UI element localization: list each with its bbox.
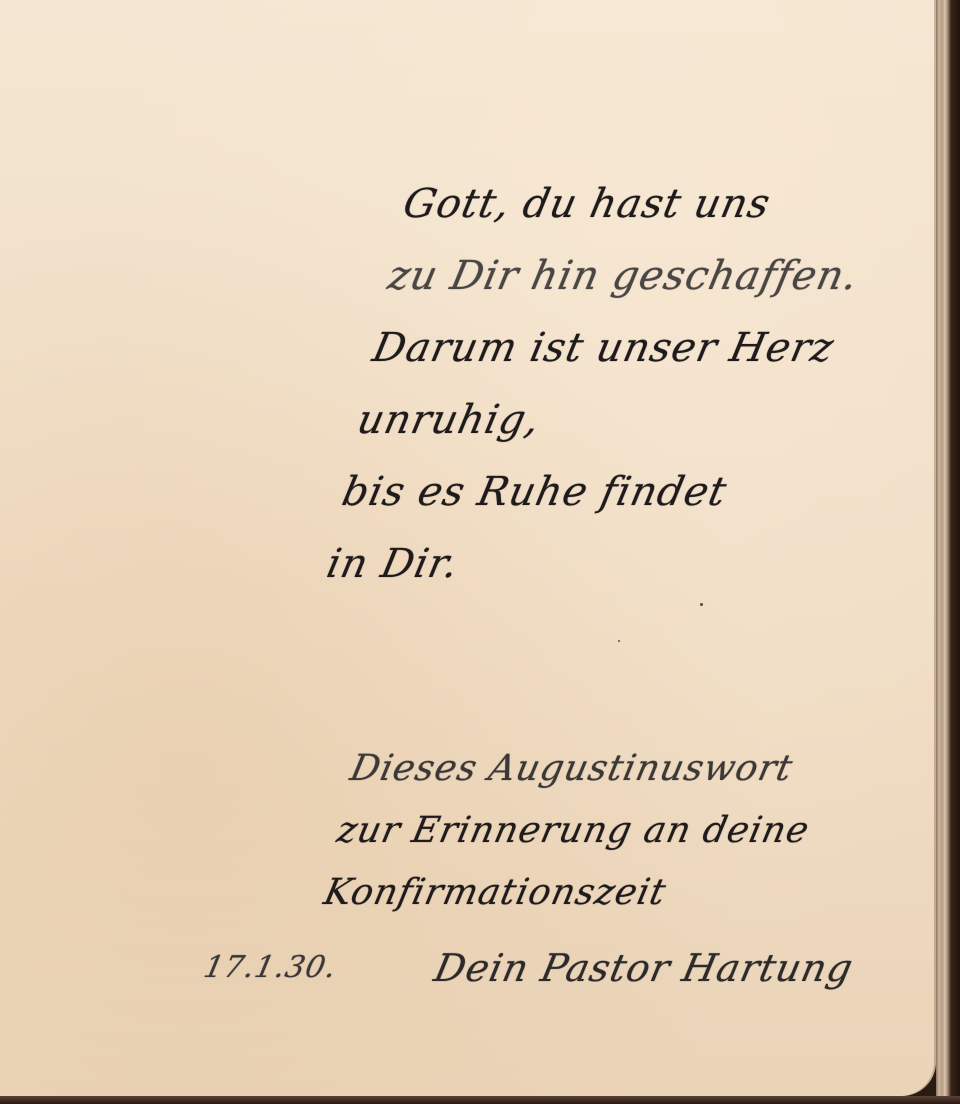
verse-line-6: in Dir. bbox=[320, 528, 804, 600]
verse-line-2: zu Dir hin geschaffen. bbox=[381, 240, 865, 312]
signature: Dein Pastor Hartung bbox=[430, 944, 858, 992]
dedication-line-1: Dieses Augustinuswort bbox=[344, 738, 828, 800]
paper-speck bbox=[700, 603, 703, 606]
book-page-edges bbox=[936, 0, 960, 1104]
verse-line-1: Gott, du hast uns bbox=[397, 168, 881, 240]
book-bottom-edge bbox=[0, 1096, 960, 1104]
dedication-line-3: Konfirmationszeit bbox=[318, 862, 802, 924]
handwritten-verse: Gott, du hast uns zu Dir hin geschaffen.… bbox=[320, 168, 881, 600]
verse-line-3: Darum ist unser Herz bbox=[366, 312, 850, 384]
verse-line-5: bis es Ruhe findet bbox=[335, 456, 819, 528]
entry-date: 17.1.30. bbox=[200, 948, 341, 988]
handwritten-dedication: Dieses Augustinuswort zur Erinnerung an … bbox=[318, 738, 829, 924]
verse-line-4: unruhig, bbox=[351, 384, 835, 456]
paper-speck bbox=[618, 640, 620, 642]
dedication-line-2: zur Erinnerung an deine bbox=[331, 800, 815, 862]
